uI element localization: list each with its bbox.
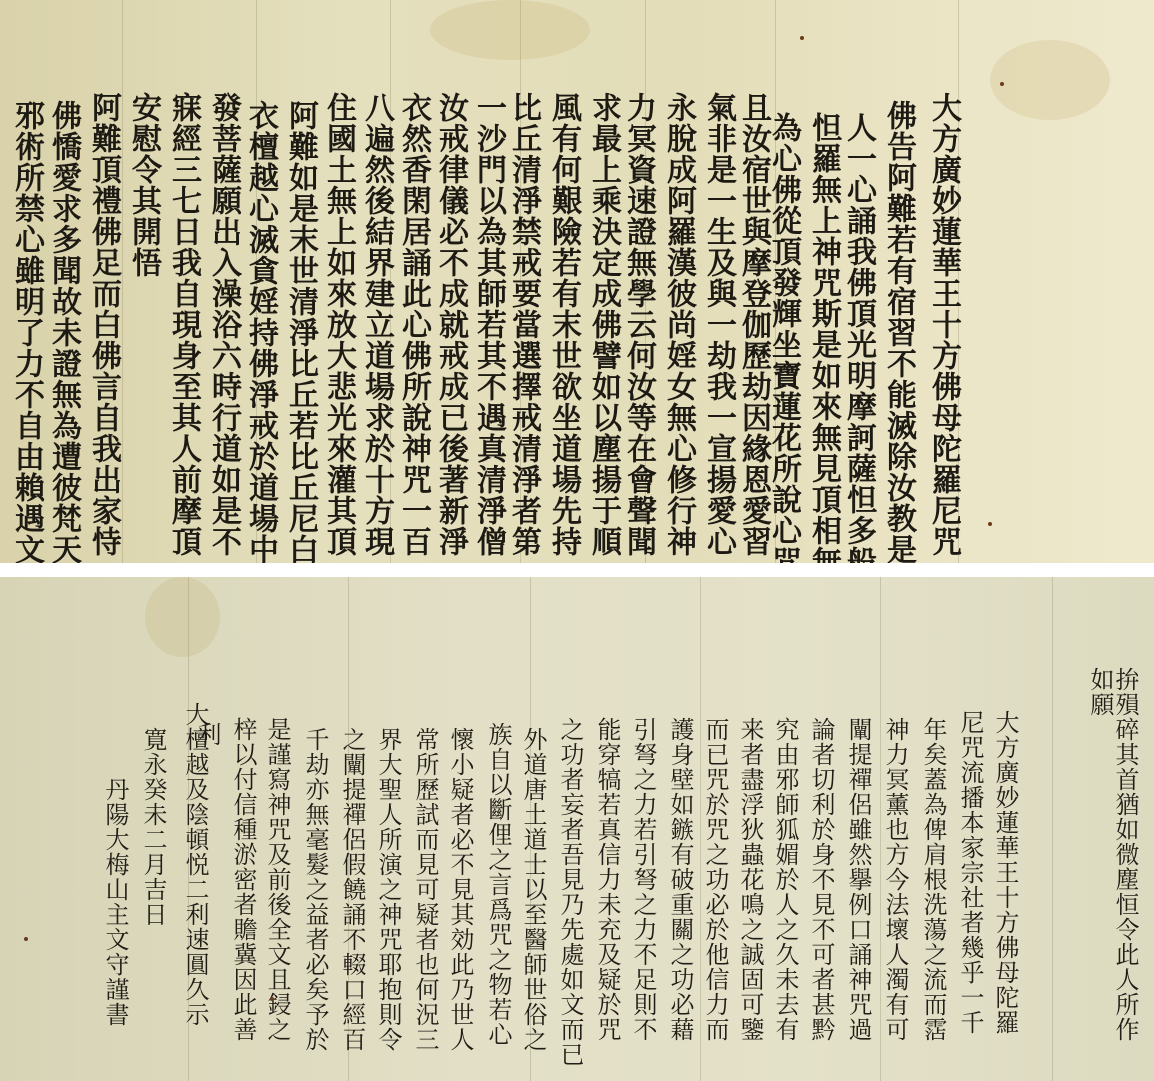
text-column: 風有何艱險若有末世欲坐道場先持	[545, 92, 581, 557]
manuscript-bottom-sheet: 拚殞碎其首猶如微塵恒令此人所作 如願 大方廣妙蓮華王十方佛母陀羅 尼咒流播本家宗…	[0, 577, 1154, 1081]
text-column: 梓以付信種淤密者贍冀因此善	[228, 717, 258, 1042]
paper-seam	[1052, 577, 1053, 1081]
text-column: 佛憍愛求多聞故未證無為遭彼梵天	[45, 100, 81, 563]
text-column: 人一心誦我佛頂光明摩訶薩怛多般	[840, 112, 876, 563]
text-column: 阿難頂禮佛足而白佛言自我出家恃	[85, 92, 121, 557]
manuscript-top-sheet: 大方廣妙蓮華王十方佛母陀羅尼咒 佛告阿難若有宿習不能滅除汝教是 人一心誦我佛頂光…	[0, 0, 1154, 563]
text-column: 論者切利於身不見不可者甚黔	[806, 717, 836, 1042]
text-column: 大方廣妙蓮華王十方佛母陀羅	[990, 710, 1020, 1035]
text-column: 引弩之力若引弩之力不足則不	[628, 717, 658, 1042]
text-column: 佛告阿難若有宿習不能滅除汝教是	[880, 100, 916, 563]
text-column: 尼咒流播本家宗社者幾乎一千	[955, 710, 985, 1035]
text-column: 千劫亦無毫髮之益者必矣予於	[300, 727, 330, 1052]
text-column: 能穿犒若真信力未充及疑於咒	[592, 717, 622, 1042]
paper-speck	[1000, 82, 1004, 86]
text-column: 衣檀越心滅貪婬持佛淨戒於道場中	[242, 100, 278, 563]
colophon-column: 大檀越及陰頓悦二利速圓久示	[180, 702, 210, 1027]
text-column: 来者盡浮狄蟲花鳴之誠固可鑒	[735, 717, 765, 1042]
text-column: 安慰令其開悟	[125, 92, 161, 278]
text-column: 是謹寫神咒及前後全文且鋟之	[262, 717, 292, 1042]
text-column: 之功者妄者吾見乃先處如文而已	[555, 717, 585, 1067]
text-column: 究由邪師狐媚於人之久未去有	[770, 717, 800, 1042]
text-column: 一沙門以為其師若其不遇真清淨僧	[470, 92, 506, 557]
text-column: 寐經三七日我自現身至其人前摩頂	[165, 92, 201, 557]
text-column: 永脫成阿羅漢彼尚婬女無心修行神	[660, 92, 696, 557]
paper-speck	[800, 36, 804, 40]
colophon-date: 寛永癸未二月吉日	[138, 727, 168, 927]
paper-speck	[270, 997, 274, 1001]
text-column: 拚殞碎其首猶如微塵恒令此人所作	[1110, 667, 1140, 1042]
paper-stain	[990, 40, 1110, 120]
text-column: 邪術所禁心雖明了力不自由賴遇文	[8, 100, 44, 563]
text-column: 神力冥薰也方今法壞人濁有可	[880, 717, 910, 1042]
text-column: 外道唐土道士以至醫師世俗之	[518, 727, 548, 1052]
text-column: 怛羅無上神咒斯是如來無見頂相無	[805, 112, 841, 563]
text-column: 年矣蓋為俾肩根洗蕩之流而霑	[918, 717, 948, 1042]
text-column: 氣非是一生及與一劫我一宣揚愛心	[700, 92, 736, 557]
paper-stain	[145, 577, 220, 657]
text-column: 比丘清淨禁戒要當選擇戒清淨者第	[505, 92, 541, 557]
text-column: 如願	[1085, 667, 1115, 717]
text-column: 八遍然後結界建立道場求於十方現	[358, 92, 394, 557]
text-column: 且汝宿世與摩登伽歷劫因緣恩愛習	[735, 92, 771, 557]
paper-stain	[430, 0, 590, 60]
text-column: 衣然香閑居誦此心佛所說神咒一百	[395, 92, 431, 557]
text-column: 族自以斷俚之言爲咒之物若心	[483, 722, 513, 1047]
colophon-signature: 丹陽大梅山主文守謹書	[100, 777, 130, 1027]
paper-speck	[988, 522, 992, 526]
text-column: 發菩薩願出入澡浴六時行道如是不	[205, 92, 241, 557]
text-column: 而已咒於咒之功必於他信力而	[700, 717, 730, 1042]
text-column: 求最上乘決定成佛譬如以塵揚于順	[585, 92, 621, 557]
paper-seam	[122, 0, 123, 563]
paper-speck	[24, 937, 28, 941]
text-column: 阿難如是末世清淨比丘若比丘尼白	[282, 100, 318, 563]
text-column: 之闡提禪侶假饒誦不輟口經百	[337, 727, 367, 1052]
text-column: 大方廣妙蓮華王十方佛母陀羅尼咒	[925, 92, 961, 557]
text-column: 力冥資速證無學云何汝等在會聲聞	[620, 92, 656, 557]
text-column: 汝戒律儀必不成就戒成已後著新淨	[432, 92, 468, 557]
text-column: 住國土無上如來放大悲光來灌其頂	[320, 92, 356, 557]
text-column: 護身壁如鏃有破重關之功必藉	[665, 717, 695, 1042]
text-column: 界大聖人所演之神咒耶抱則令	[373, 727, 403, 1052]
text-column: 闡提禪侶雖然擧例口誦神咒過	[843, 717, 873, 1042]
text-column: 常所歷試而見可疑者也何況三	[410, 727, 440, 1052]
text-column: 懷小疑者必不見其効此乃世人	[445, 727, 475, 1052]
